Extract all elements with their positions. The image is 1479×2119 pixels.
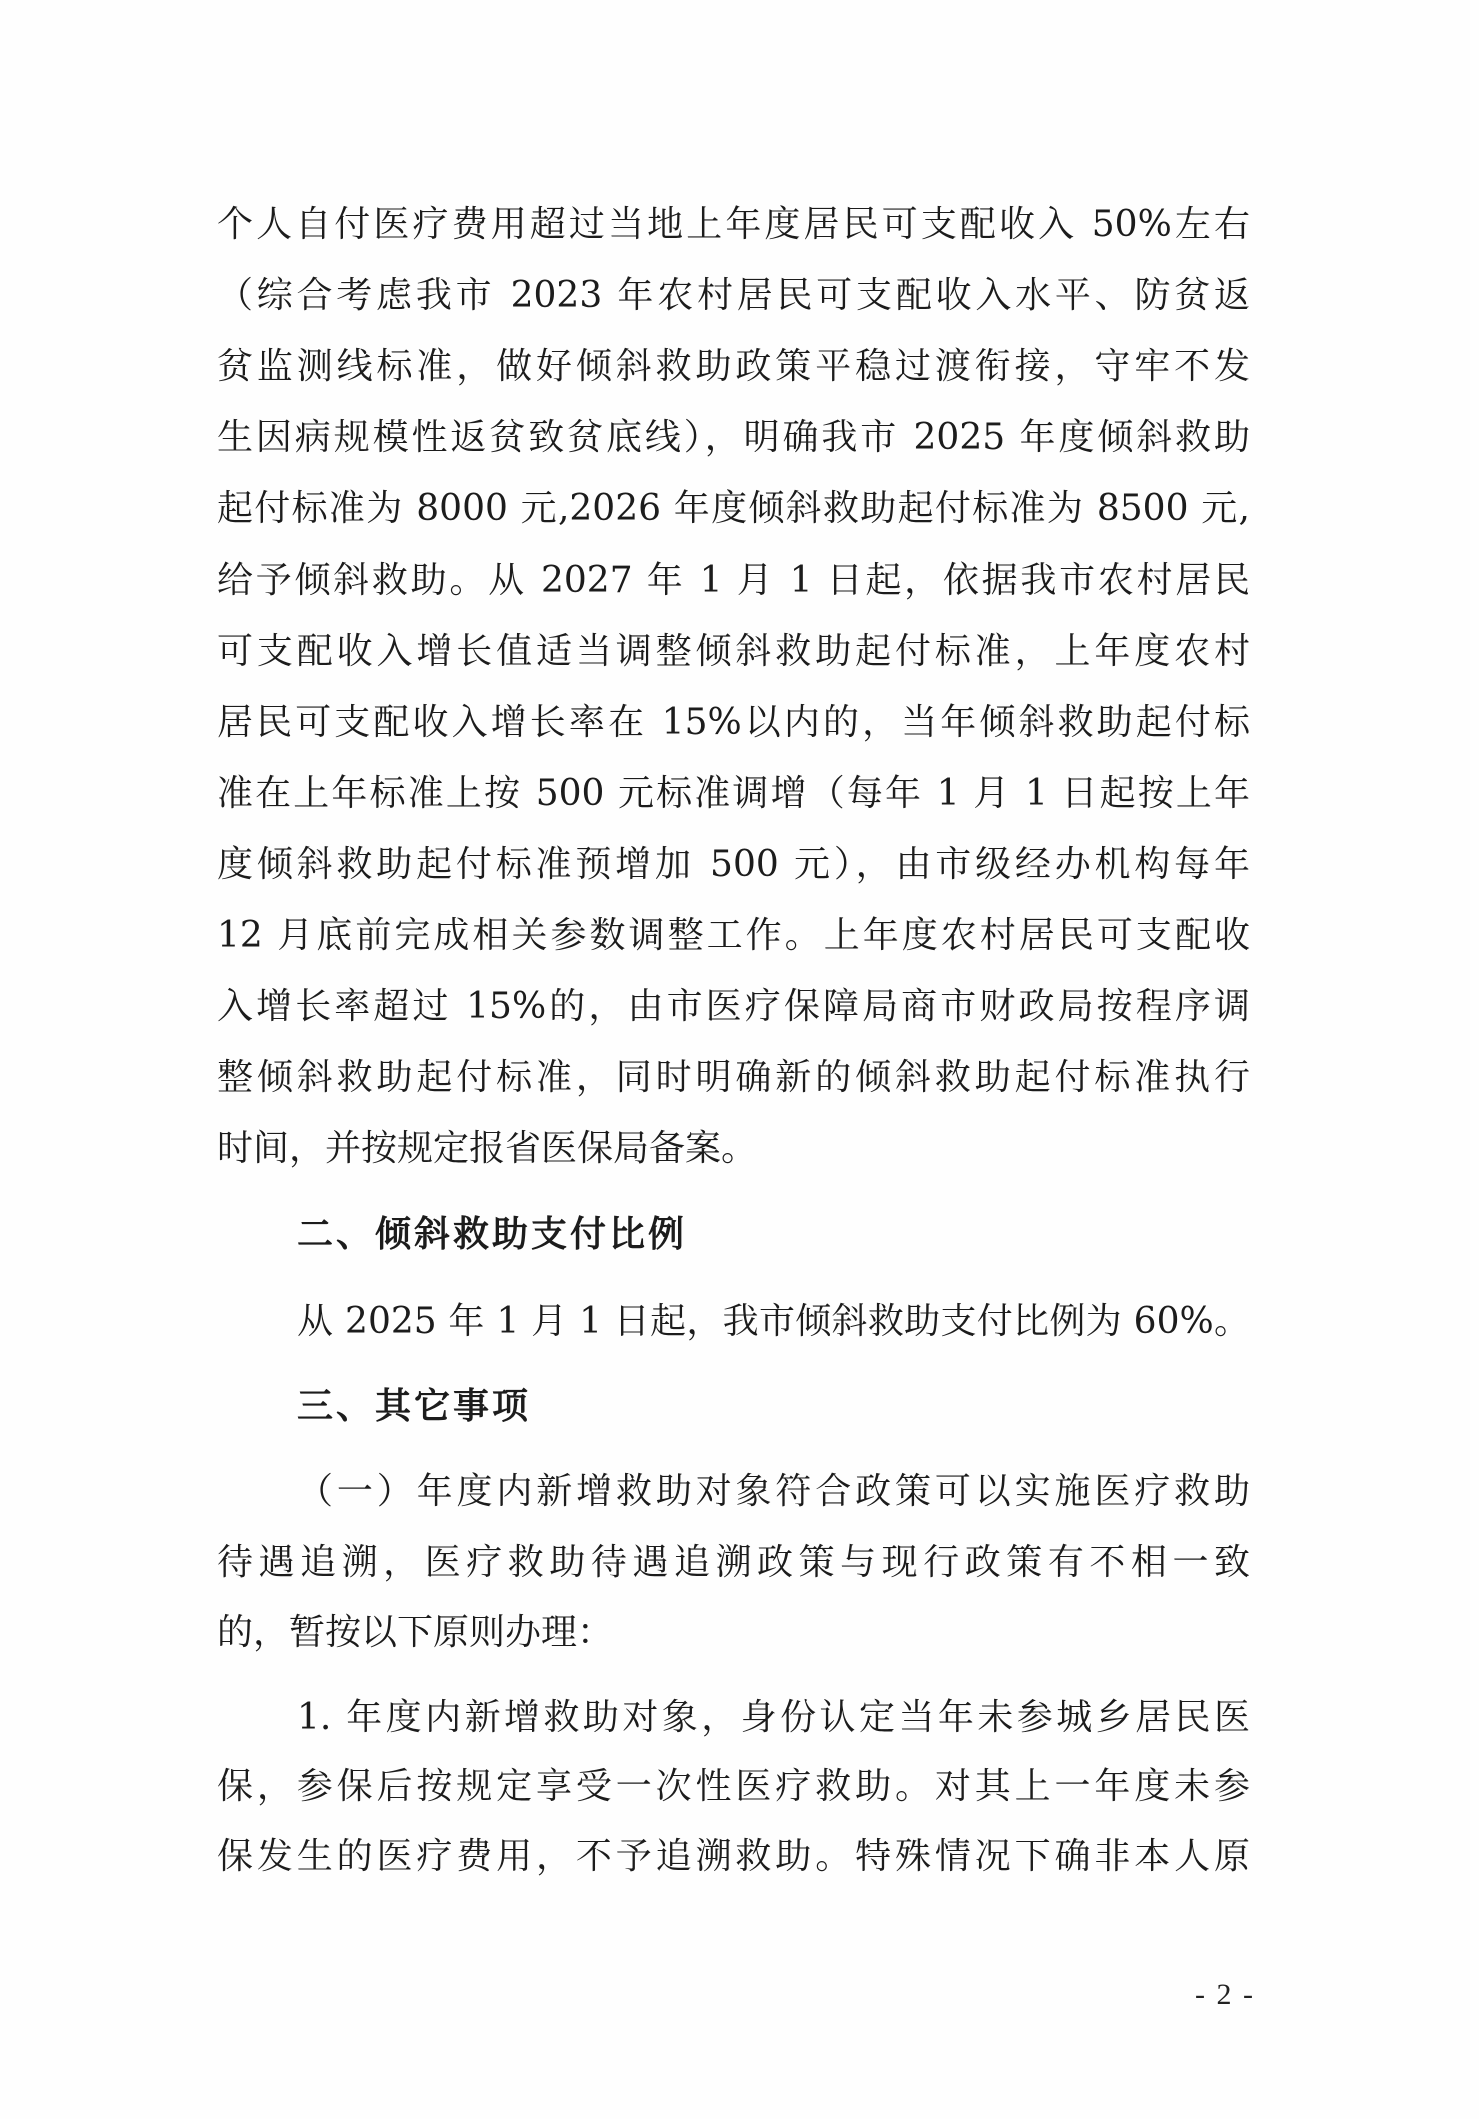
body-line: 从 2025 年 1 月 1 日起，我市倾斜救助支付比例为 60%。 bbox=[297, 1300, 1250, 1344]
body-line: 保发生的医疗费用，不予追溯救助。特殊情况下确非本人原 bbox=[217, 1835, 1250, 1879]
body-line: 生因病规模性返贫致贫底线），明确我市 2025 年度倾斜救助 bbox=[217, 416, 1250, 460]
body-line: 准在上年标准上按 500 元标准调增（每年 1 月 1 日起按上年 bbox=[217, 772, 1250, 816]
body-line: 度倾斜救助起付标准预增加 500 元），由市级经办机构每年 bbox=[217, 843, 1250, 887]
document-page: 个人自付医疗费用超过当地上年度居民可支配收入 50%左右 （综合考虑我市 202… bbox=[0, 0, 1479, 2119]
body-line: 个人自付医疗费用超过当地上年度居民可支配收入 50%左右 bbox=[217, 203, 1250, 247]
body-line: 给予倾斜救助。从 2027 年 1 月 1 日起，依据我市农村居民 bbox=[217, 559, 1250, 603]
page-number: - 2 - bbox=[1195, 1978, 1255, 2012]
body-line: 起付标准为 8000 元,2026 年度倾斜救助起付标准为 8500 元, bbox=[217, 487, 1250, 531]
body-line: 整倾斜救助起付标准，同时明确新的倾斜救助起付标准执行 bbox=[217, 1056, 1250, 1100]
section-heading-3: 三、其它事项 bbox=[297, 1385, 1250, 1429]
body-line: 待遇追溯，医疗救助待遇追溯政策与现行政策有不相一致 bbox=[217, 1541, 1250, 1585]
body-line: （一）年度内新增救助对象符合政策可以实施医疗救助 bbox=[297, 1470, 1250, 1514]
body-line: 可支配收入增长值适当调整倾斜救助起付标准，上年度农村 bbox=[217, 630, 1250, 674]
body-line: 居民可支配收入增长率在 15%以内的，当年倾斜救助起付标 bbox=[217, 701, 1250, 745]
body-line: 的，暂按以下原则办理： bbox=[217, 1611, 1250, 1655]
body-line: 1. 年度内新增救助对象，身份认定当年未参城乡居民医 bbox=[297, 1696, 1250, 1740]
body-line: （综合考虑我市 2023 年农村居民可支配收入水平、防贫返 bbox=[217, 274, 1250, 318]
body-line: 贫监测线标准，做好倾斜救助政策平稳过渡衔接，守牢不发 bbox=[217, 345, 1250, 389]
section-heading-2: 二、倾斜救助支付比例 bbox=[297, 1213, 1250, 1257]
body-line: 入增长率超过 15%的，由市医疗保障局商市财政局按程序调 bbox=[217, 985, 1250, 1029]
body-line: 保，参保后按规定享受一次性医疗救助。对其上一年度未参 bbox=[217, 1765, 1250, 1809]
body-line: 时间，并按规定报省医保局备案。 bbox=[217, 1127, 1250, 1171]
body-line: 12 月底前完成相关参数调整工作。上年度农村居民可支配收 bbox=[217, 914, 1250, 958]
